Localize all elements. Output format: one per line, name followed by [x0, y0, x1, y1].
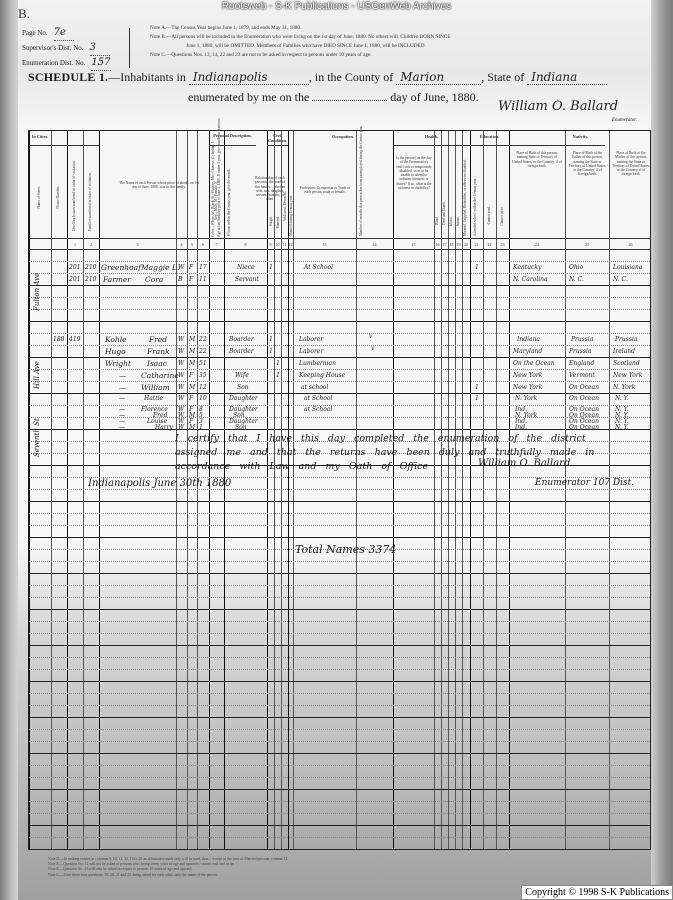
- schedule-title: SCHEDULE 1.: [28, 70, 108, 84]
- supervisor-label: Supervisor's Dist. No.: [22, 41, 84, 56]
- header-education: Education.: [470, 134, 509, 139]
- header-name: The Name of each Person whose place of a…: [119, 181, 199, 190]
- enumerator-label: Enumerator.: [612, 118, 637, 123]
- header-civil-condition: Civil Condition.: [267, 133, 288, 143]
- state-label: , State of: [481, 70, 524, 84]
- census-grid: In Cities. Personal Description. Civil C…: [28, 130, 651, 850]
- city-field: Indianapolis: [189, 70, 309, 85]
- header-married-during-year: Married during Census year.: [289, 166, 293, 236]
- note-b: Note B.—All persons will be included in …: [150, 33, 630, 42]
- census-page: Rootsweb - S-K Publications - USGenWeb A…: [0, 0, 673, 900]
- certification-signature: William O. Ballard: [478, 458, 570, 469]
- header-cannot-read: Cannot read.: [487, 206, 491, 224]
- page-edge-right: [651, 0, 673, 900]
- header-sick: Is the person [on the day of the Enumera…: [396, 156, 432, 190]
- header-insane: Insane.: [456, 216, 460, 226]
- enumeration-value: 157: [91, 56, 111, 71]
- page-no-label: Page No.: [22, 26, 48, 41]
- header-nativity: Nativity.: [509, 134, 652, 139]
- header-single: Single.: [269, 216, 273, 226]
- header-relationship: Relationship of each person to the head …: [254, 176, 286, 202]
- page-edge-left: [0, 0, 18, 900]
- form-letter: B.: [18, 6, 30, 22]
- header-street: Name of Street.: [37, 186, 41, 209]
- county-label: , in the County of: [309, 70, 393, 84]
- enumeration-label: Enumeration Dist. No.: [22, 56, 85, 71]
- schedule-line: SCHEDULE 1.—Inhabitants in Indianapolis,…: [28, 70, 607, 85]
- certification-place-date: Indianapolis June 30th 1880: [88, 478, 231, 489]
- header-health: Health.: [393, 134, 470, 139]
- header-in-cities: In Cities.: [29, 134, 51, 139]
- header-cannot-write: Cannot write.: [500, 206, 504, 226]
- footnotes: Note D.—In making entries in columns 9, …: [48, 857, 498, 878]
- inhabitants-label: —Inhabitants in: [108, 70, 186, 84]
- day-label: day of June, 1880.: [390, 90, 478, 104]
- header-maimed: Maimed, Crippled, Bedridden, or otherwis…: [463, 146, 467, 236]
- header-married: Married.: [276, 216, 280, 228]
- header-house-number: House Number.: [56, 186, 60, 209]
- note-a: Note A.—The Census Year begins June 1, 1…: [150, 24, 630, 33]
- meta-bracket: [126, 28, 130, 68]
- header-age: Age at last birthday prior to June 1, 18…: [217, 149, 221, 237]
- header-months-unemployed: Number of months this person has been un…: [359, 146, 363, 236]
- header-dwelling: Dwelling houses numbered in order of vis…: [72, 151, 76, 231]
- note-c: Note C.—Questions Nos. 13, 14, 22 and 23…: [150, 51, 630, 60]
- header-occupation-desc: Profession, Occupation or Trade of each …: [297, 186, 353, 195]
- state-field: Indiana: [527, 70, 607, 85]
- header-mother-birthplace: Place of Birth of the Mother of this per…: [612, 151, 650, 177]
- header-idiotic: Idiotic.: [449, 216, 453, 226]
- county-field: Marion: [396, 70, 481, 85]
- supervisor-value: 3: [90, 41, 110, 56]
- header-occupation: Occupation.: [293, 134, 393, 139]
- certification-role: Enumerator 107 Dist.: [535, 478, 634, 488]
- watermark: Rootsweb - S-K Publications - USGenWeb A…: [0, 1, 673, 12]
- notes-block: Note A.—The Census Year begins June 1, 1…: [150, 24, 630, 60]
- enumerated-line: enumerated by me on the day of June, 188…: [188, 90, 479, 105]
- street-name-2: Hill Ave: [33, 361, 41, 389]
- header-families: Families numbered in order of visitation…: [88, 151, 92, 231]
- header-born-within-year: If born within the Census year, give the…: [227, 156, 231, 236]
- day-field: [312, 100, 387, 101]
- total-names: Total Names 3374: [295, 543, 396, 556]
- page-no-value: 7e: [54, 26, 74, 41]
- header-birthplace: Place of Birth of this person, naming St…: [512, 151, 562, 168]
- page-meta: Page No.7e Supervisor's Dist. No.3 Enume…: [22, 26, 127, 71]
- enumerated-label: enumerated by me on the: [188, 90, 309, 104]
- header-attended-school: Attended school within the Census year.: [473, 151, 477, 236]
- header-blind: Blind.: [435, 216, 439, 225]
- note-b2: June 1, 1880, will be OMITTED. Members o…: [150, 42, 630, 51]
- header-widowed: Widowed, Divorced.: [283, 191, 287, 221]
- street-name-3: Seventh St: [33, 418, 41, 457]
- header-father-birthplace: Place of Birth of the Father of this per…: [568, 151, 607, 177]
- copyright-notice: Copyright © 1998 S-K Publications: [521, 885, 673, 900]
- street-name-1: Fulton Ave: [33, 273, 41, 311]
- header-deaf-dumb: Deaf and Dumb.: [442, 201, 446, 225]
- enumerator-signature: William O. Ballard: [498, 99, 618, 114]
